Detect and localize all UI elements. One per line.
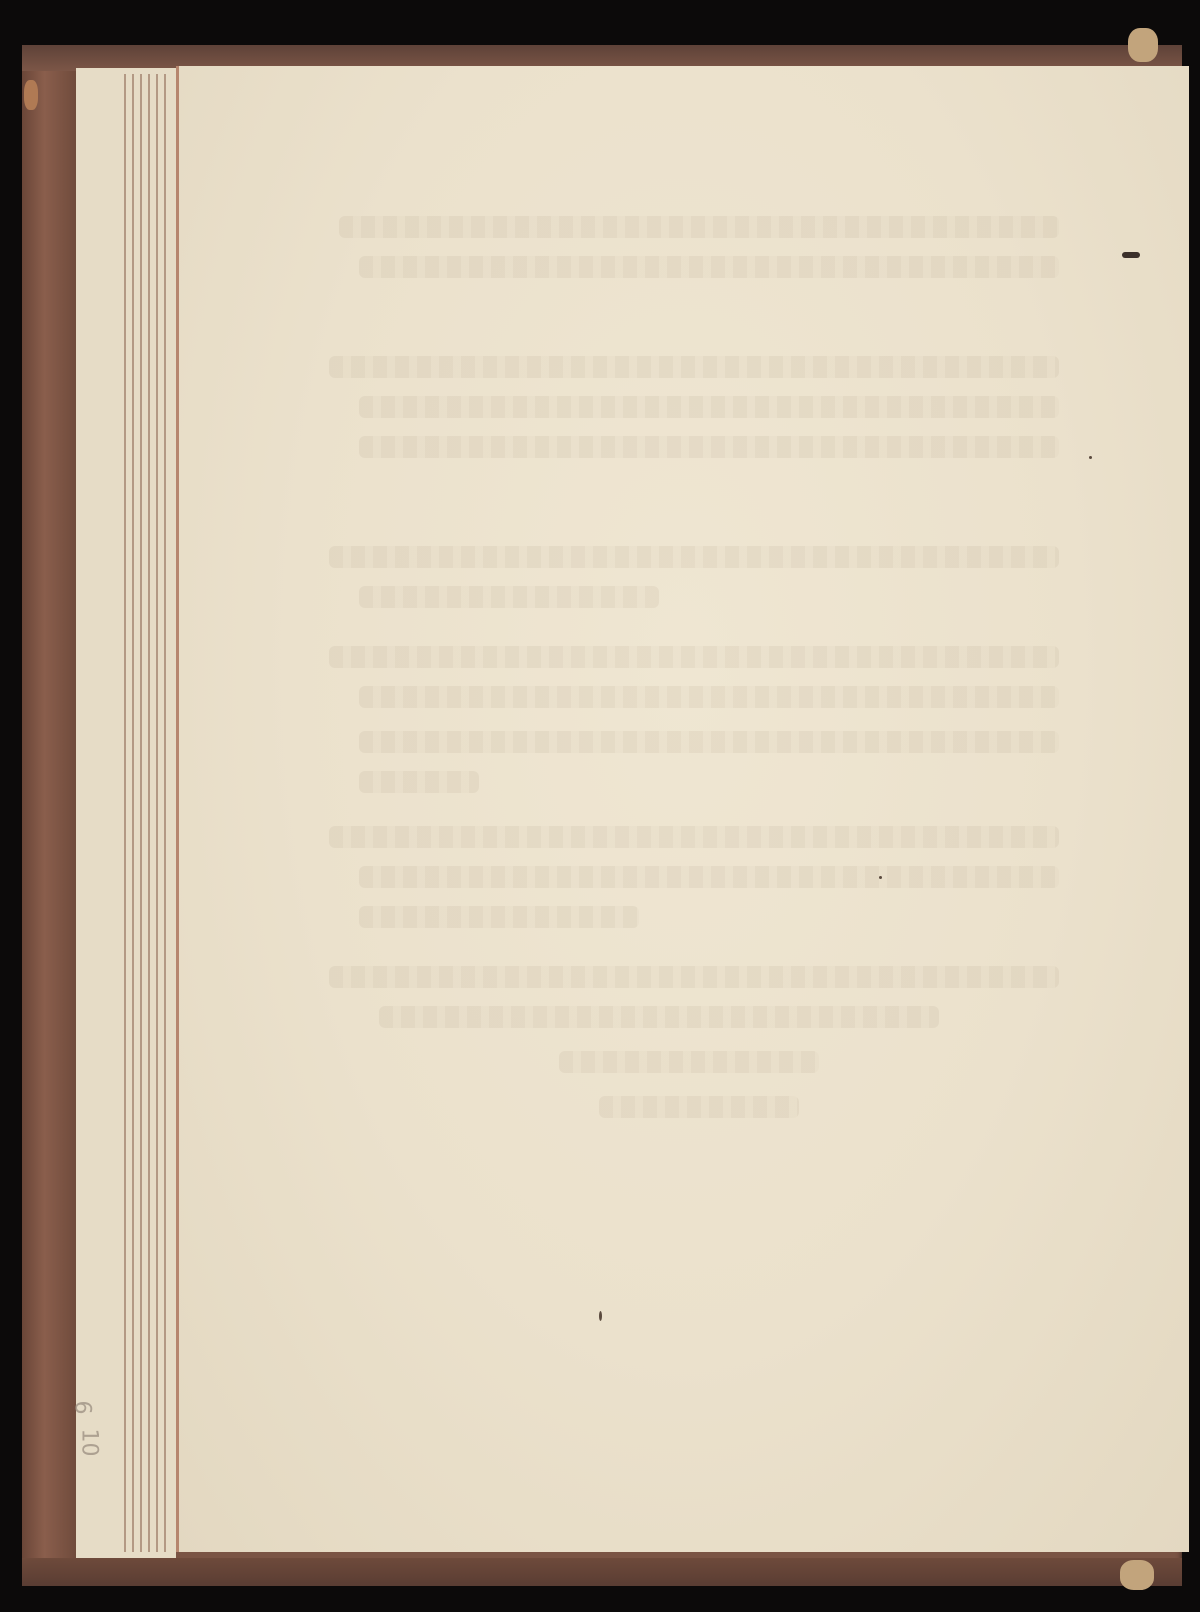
- bleed-through-line: [359, 256, 1059, 278]
- bleed-through-line: [359, 771, 479, 793]
- bleed-through-line: [359, 586, 659, 608]
- cover-bottom-edge: [22, 1558, 1182, 1586]
- bleed-through-line: [359, 396, 1059, 418]
- bleed-through-line: [329, 646, 1059, 668]
- pencil-mark: 10: [77, 1429, 102, 1457]
- bleed-through-line: [329, 966, 1059, 988]
- bleed-through-line: [559, 1051, 819, 1073]
- bleed-through-line: [359, 906, 639, 928]
- bleed-through-line: [599, 1096, 799, 1118]
- pencil-mark: 6: [70, 1401, 95, 1415]
- worn-corner-bottom-right: [1120, 1560, 1154, 1590]
- book-page: [176, 66, 1189, 1552]
- bleed-through-line: [359, 686, 1059, 708]
- worn-corner-top-right: [1128, 28, 1158, 62]
- bleed-through-line: [329, 546, 1059, 568]
- cover-spine-edge: [22, 45, 78, 1585]
- bleed-through-line: [359, 731, 1059, 753]
- bleed-through-line: [359, 866, 1059, 888]
- bleed-through-line: [359, 436, 1059, 458]
- page-edges: [118, 74, 182, 1552]
- ink-spot: [1122, 252, 1140, 258]
- bleed-through-line: [379, 1006, 939, 1028]
- bleed-through-line: [329, 356, 1059, 378]
- bleed-through-line: [339, 216, 1059, 238]
- worn-corner-top-left: [24, 80, 38, 110]
- bleed-through-line: [329, 826, 1059, 848]
